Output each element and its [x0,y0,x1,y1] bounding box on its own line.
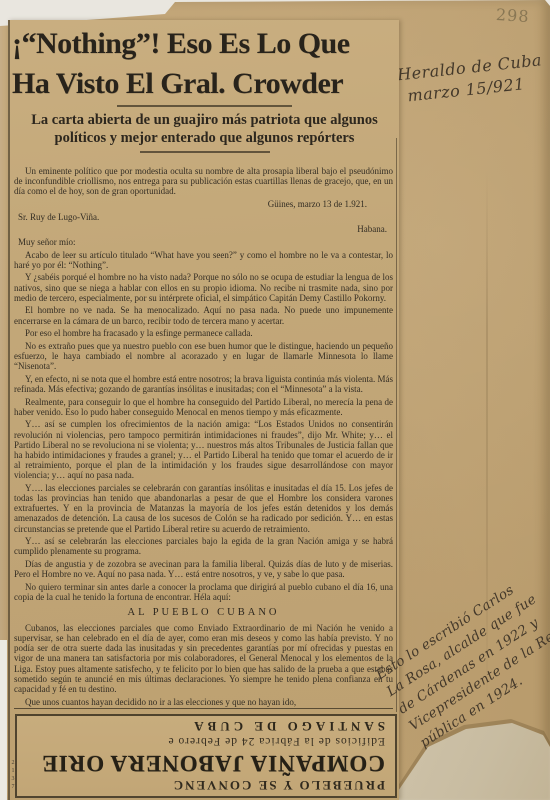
body-paragraph: Y… así se celebrarán las elecciones parc… [14,536,393,556]
body-paragraph: Días de angustia y de zozobra se avecina… [14,559,393,579]
body-paragraph: Acabo de leer su artículo titulado “What… [14,250,393,270]
body-paragraph: El hombre no ve nada. Se ha menocalizado… [14,305,393,325]
body-paragraph: Realmente, para conseguir lo que el homb… [14,397,393,417]
intro-paragraph: Un eminente político que por modestia oc… [14,166,393,196]
dateline: Güines, marzo 13 de 1.921. [14,199,393,209]
headline-line-1: ¡“Nothing”! Eso Es Lo Que [10,20,399,60]
greeting: Muy señor mío: [14,237,393,247]
proclamation-paragraph: Cubanos, las elecciones parciales que co… [14,623,393,694]
proclamation-paragraph-cut: Que unos cuantos hayan decidido no ir a … [14,697,393,709]
divider-rule [140,151,270,153]
ad-city: SANTIAGO DE CUBA [21,718,385,734]
body-paragraph: Y ¿sabéis porqué el hombre no ha visto n… [14,272,393,302]
body-paragraph: Por eso el hombre ha fracasado y la esfi… [14,328,393,338]
upside-down-advertisement: PRUEBELO Y SE CONVENC COMPAÑIA JABONERA … [15,714,397,798]
backdrop-sliver [0,640,7,800]
body-paragraph: No quiero terminar sin antes darle a con… [14,582,393,602]
proclamation-heading: AL PUEBLO CUBANO [14,607,393,619]
ad-company-name: COMPAÑIA JABONERA ORIE [21,750,385,776]
ad-slogan: PRUEBELO Y SE CONVENC [21,777,385,793]
addressee-city: Habana. [14,224,393,234]
body-paragraph: Y…. las elecciones parciales se celebrar… [14,483,393,534]
article-body: Un eminente político que por modestia oc… [14,166,393,712]
divider-rule [117,105,292,107]
addressee: Sr. Ruy de Lugo-Viña. [14,212,393,222]
headline-line-2: Ha Visto El Gral. Crowder [10,60,399,100]
subheadline: La carta abierta de un guajiro más patri… [10,110,399,148]
body-paragraph: Y, en efecto, ni se nota que el hombre e… [14,374,393,394]
ad-address: Edificios de la Fábrica 24 de Febrero e [21,735,385,747]
page-number: 298 [495,5,530,26]
newspaper-clipping: ¡“Nothing”! Eso Es Lo Que Ha Visto El Gr… [8,20,399,800]
body-paragraph: No es extraño pues que ya nuestro pueblo… [14,341,393,371]
body-paragraph: Y… así se cumplen los ofrecimientos de l… [14,419,393,480]
